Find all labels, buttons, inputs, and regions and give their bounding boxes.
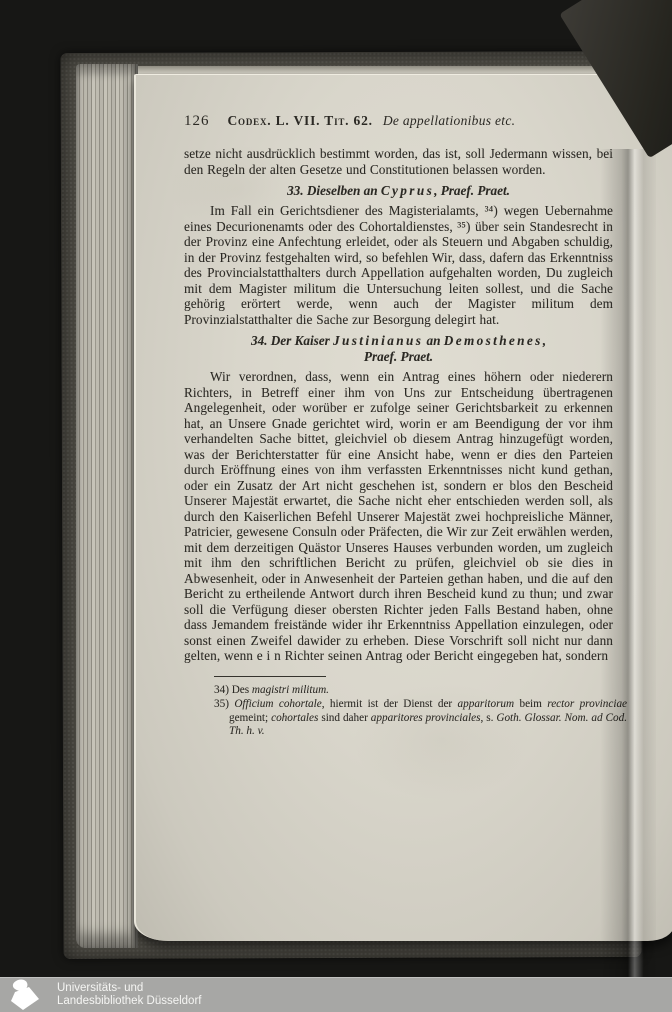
page-number: 126 xyxy=(184,113,210,130)
header-title: Codex. L. VII. Tit. 62. xyxy=(228,113,373,129)
page-content: 126 Codex. L. VII. Tit. 62. De appellati… xyxy=(184,113,613,740)
ulb-duesseldorf-logo-icon xyxy=(5,979,45,1011)
footnote-34: 34) Des magistri militum. xyxy=(214,684,612,698)
page-edges-left xyxy=(76,64,138,948)
section-33-heading: 33. Dieselben an Cyprus, Praef. Praet. xyxy=(184,183,613,199)
paragraph-continuation: setze nicht ausdrücklich bestimmt worden… xyxy=(184,146,613,177)
section-34-heading-line2: Praef. Praet. xyxy=(184,349,613,365)
library-name-line1: Universitäts- und xyxy=(57,982,201,996)
library-name-line2: Landesbibliothek Düsseldorf xyxy=(57,995,201,1009)
scan-viewport: 126 Codex. L. VII. Tit. 62. De appellati… xyxy=(0,0,672,1012)
footnote-separator xyxy=(214,676,326,677)
running-header: 126 Codex. L. VII. Tit. 62. De appellati… xyxy=(184,113,613,130)
section-33-body: Im Fall ein Gerichtsdiener des Magisteri… xyxy=(184,203,613,327)
header-subtitle: De appellationibus etc. xyxy=(383,113,516,129)
section-34-heading-line1: 34. Der Kaiser Justinianus an Demosthene… xyxy=(184,333,613,349)
library-name: Universitäts- und Landesbibliothek Düsse… xyxy=(57,982,201,1009)
footnote-35: 35) Officium cohortale, hiermit ist der … xyxy=(214,698,627,739)
book-page: 126 Codex. L. VII. Tit. 62. De appellati… xyxy=(134,74,672,941)
section-34-heading: 34. Der Kaiser Justinianus an Demosthene… xyxy=(184,333,613,365)
section-34-body: Wir verordnen, dass, wenn ein Antrag ein… xyxy=(184,369,613,664)
library-footer-bar: Universitäts- und Landesbibliothek Düsse… xyxy=(0,977,672,1012)
